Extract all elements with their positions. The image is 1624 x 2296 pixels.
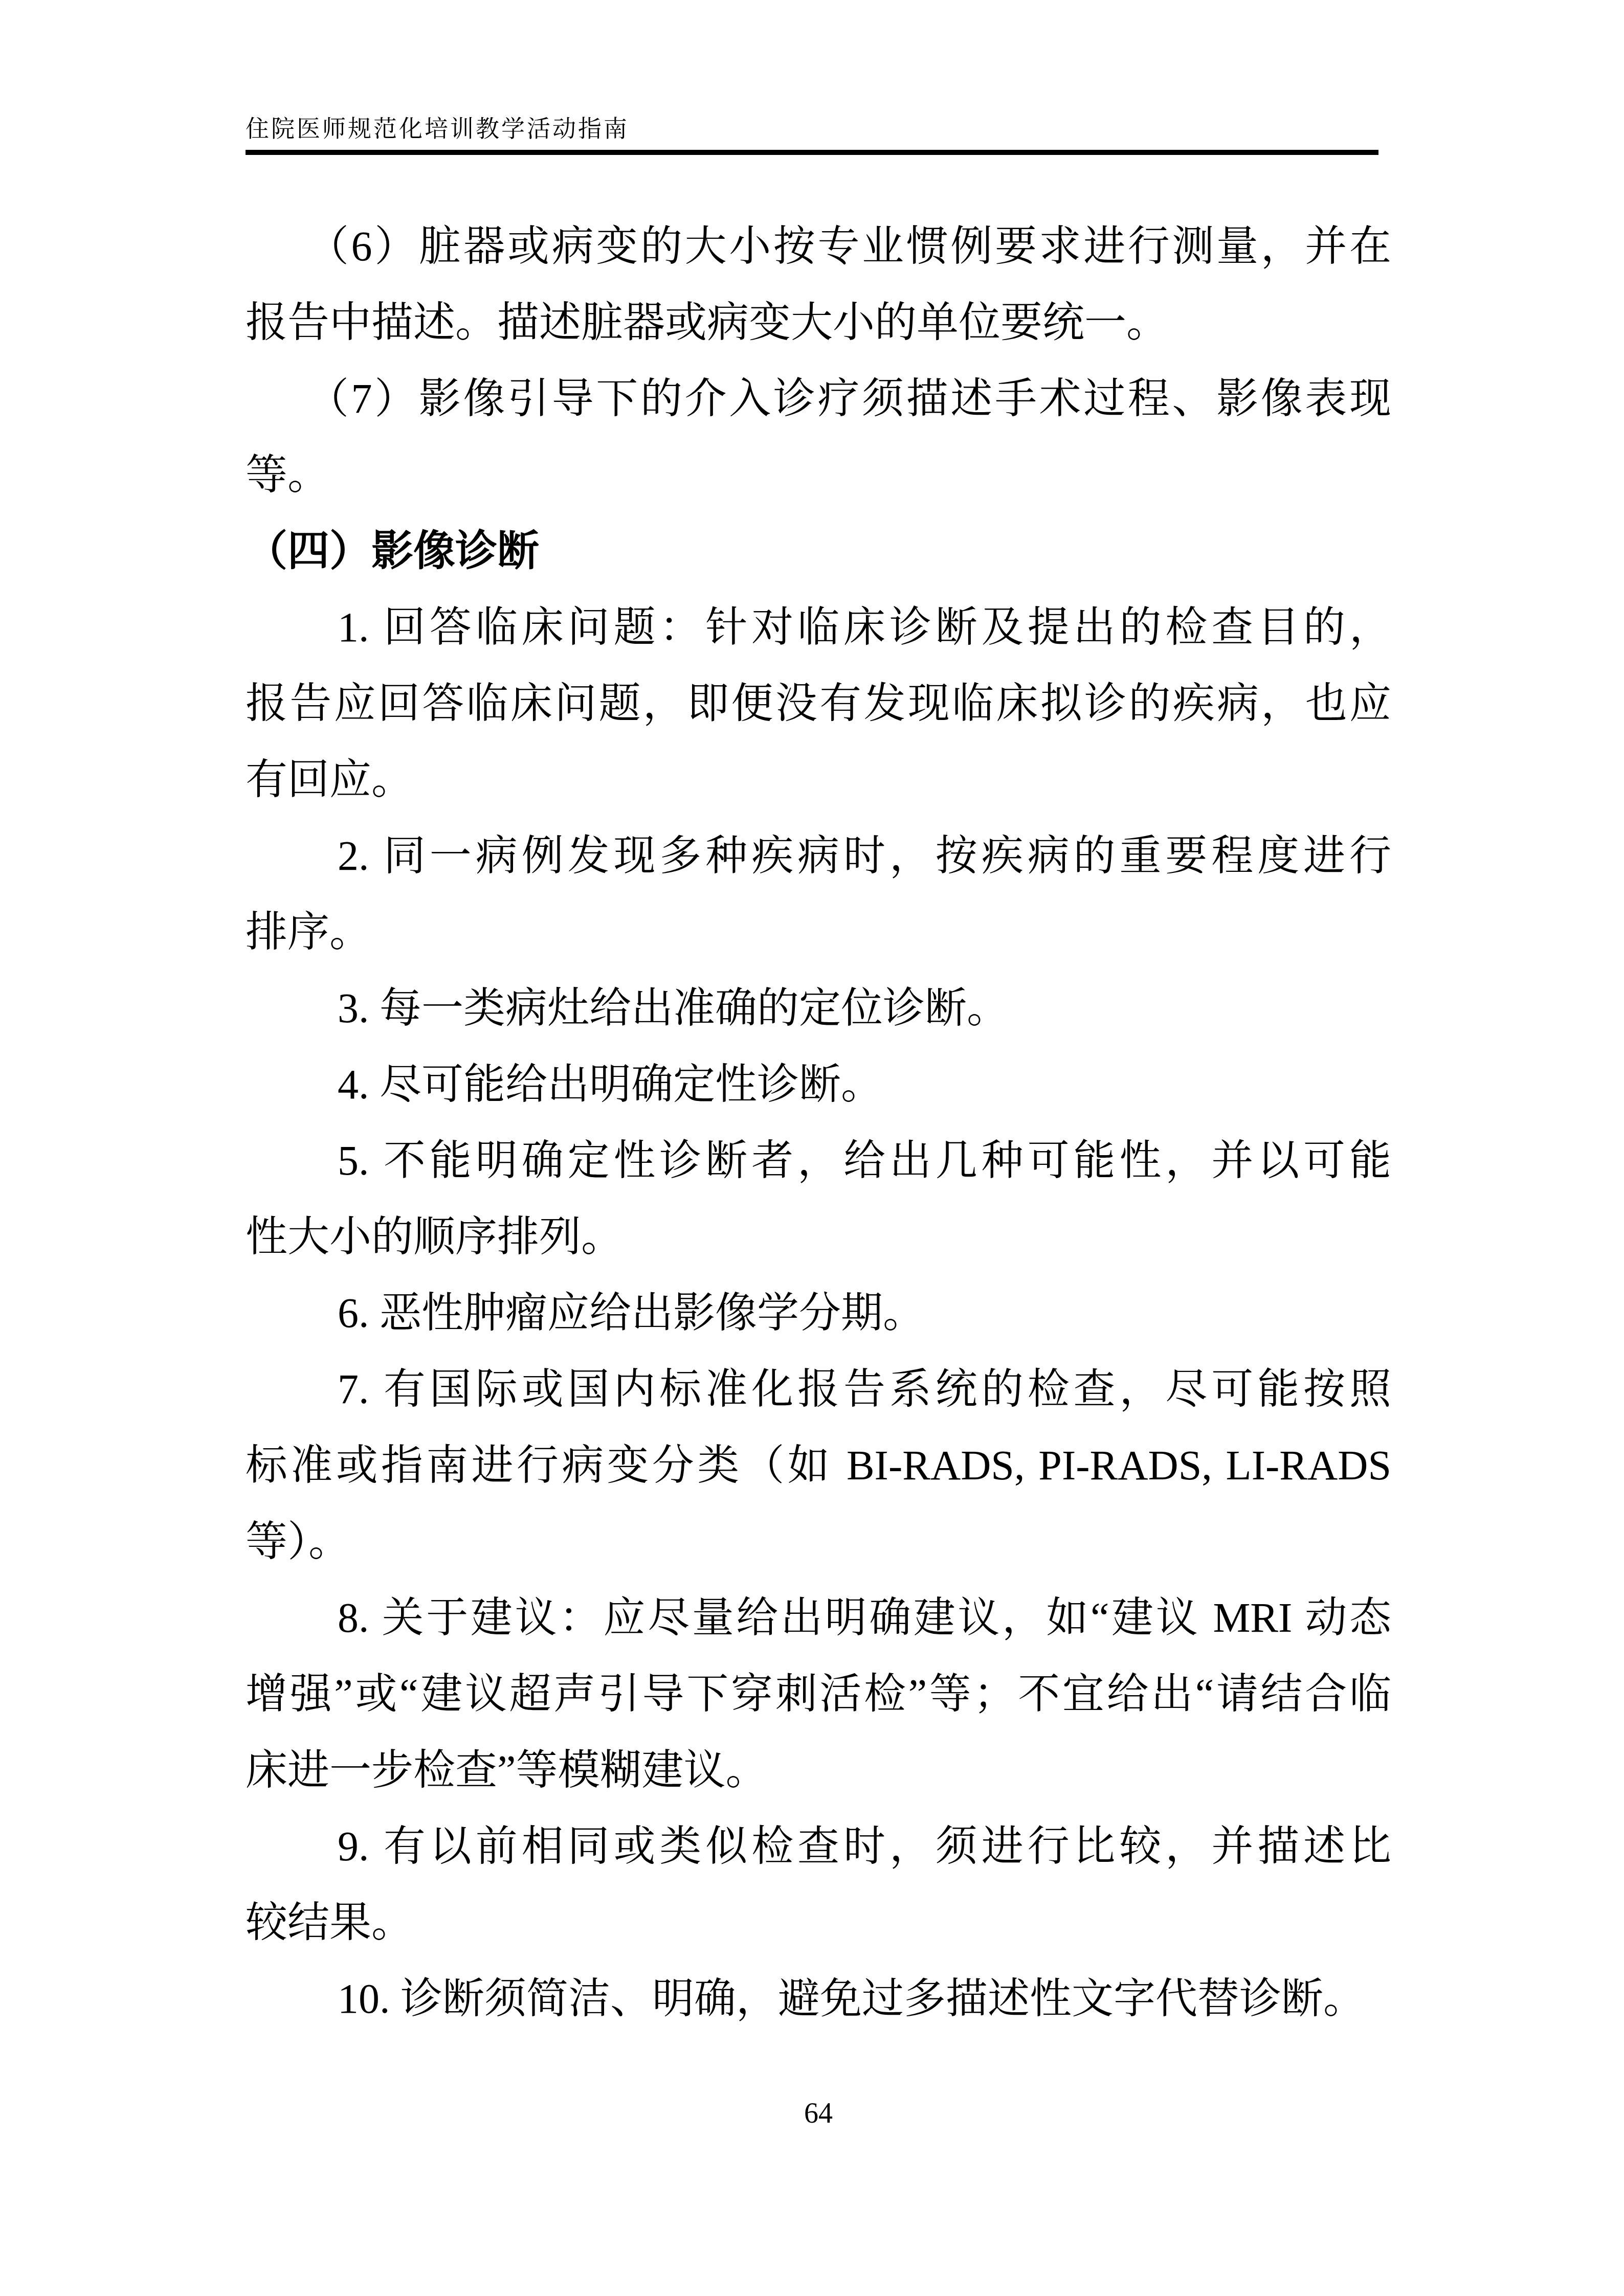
text-line: 7. 有国际或国内标准化报告系统的检查，尽可能按照 — [246, 1351, 1391, 1427]
text-line: 床进一步检查”等模糊建议。 — [246, 1732, 1391, 1808]
text-line: 排序。 — [246, 894, 1391, 970]
text-line: 等）。 — [246, 1503, 1391, 1580]
text-line: 3. 每一类病灶给出准确的定位诊断。 — [246, 970, 1391, 1046]
text-line: 8. 关于建议：应尽量给出明确建议，如“建议 MRI 动态 — [246, 1580, 1391, 1656]
text-line: 4. 尽可能给出明确定性诊断。 — [246, 1046, 1391, 1122]
text-line: 10. 诊断须简洁、明确，避免过多描述性文字代替诊断。 — [246, 1961, 1391, 2037]
text-line: 报告应回答临床问题，即便没有发现临床拟诊的疾病，也应 — [246, 665, 1391, 741]
text-line: 报告中描述。描述脏器或病变大小的单位要统一。 — [246, 284, 1391, 361]
page-footer: 64 — [246, 2096, 1391, 2131]
text-line: 性大小的顺序排列。 — [246, 1199, 1391, 1275]
text-line: 较结果。 — [246, 1884, 1391, 1961]
text-line: （7）影像引导下的介入诊疗须描述手术过程、影像表现 — [246, 361, 1391, 437]
body-text: （6）脏器或病变的大小按专业惯例要求进行测量，并在报告中描述。描述脏器或病变大小… — [246, 208, 1391, 2037]
text-line: 增强”或“建议超声引导下穿刺活检”等；不宜给出“请结合临 — [246, 1656, 1391, 1732]
text-line: 有回应。 — [246, 741, 1391, 818]
text-line: 等。 — [246, 437, 1391, 513]
document-page: 住院医师规范化培训教学活动指南 （6）脏器或病变的大小按专业惯例要求进行测量，并… — [0, 0, 1624, 2296]
page-number: 64 — [804, 2098, 833, 2129]
text-line: 标准或指南进行病变分类（如 BI-RADS, PI-RADS, LI-RADS — [246, 1427, 1391, 1503]
header-rule — [246, 150, 1378, 155]
section-heading: （四）影像诊断 — [246, 513, 1391, 589]
text-line: 1. 回答临床问题：针对临床诊断及提出的检查目的， — [246, 589, 1391, 665]
text-line: （6）脏器或病变的大小按专业惯例要求进行测量，并在 — [246, 208, 1391, 284]
text-line: 9. 有以前相同或类似检查时，须进行比较，并描述比 — [246, 1808, 1391, 1884]
running-header-title: 住院医师规范化培训教学活动指南 — [246, 114, 1391, 144]
text-line: 2. 同一病例发现多种疾病时，按疾病的重要程度进行 — [246, 818, 1391, 894]
text-line: 5. 不能明确定性诊断者，给出几种可能性，并以可能 — [246, 1122, 1391, 1199]
text-line: 6. 恶性肿瘤应给出影像学分期。 — [246, 1275, 1391, 1351]
